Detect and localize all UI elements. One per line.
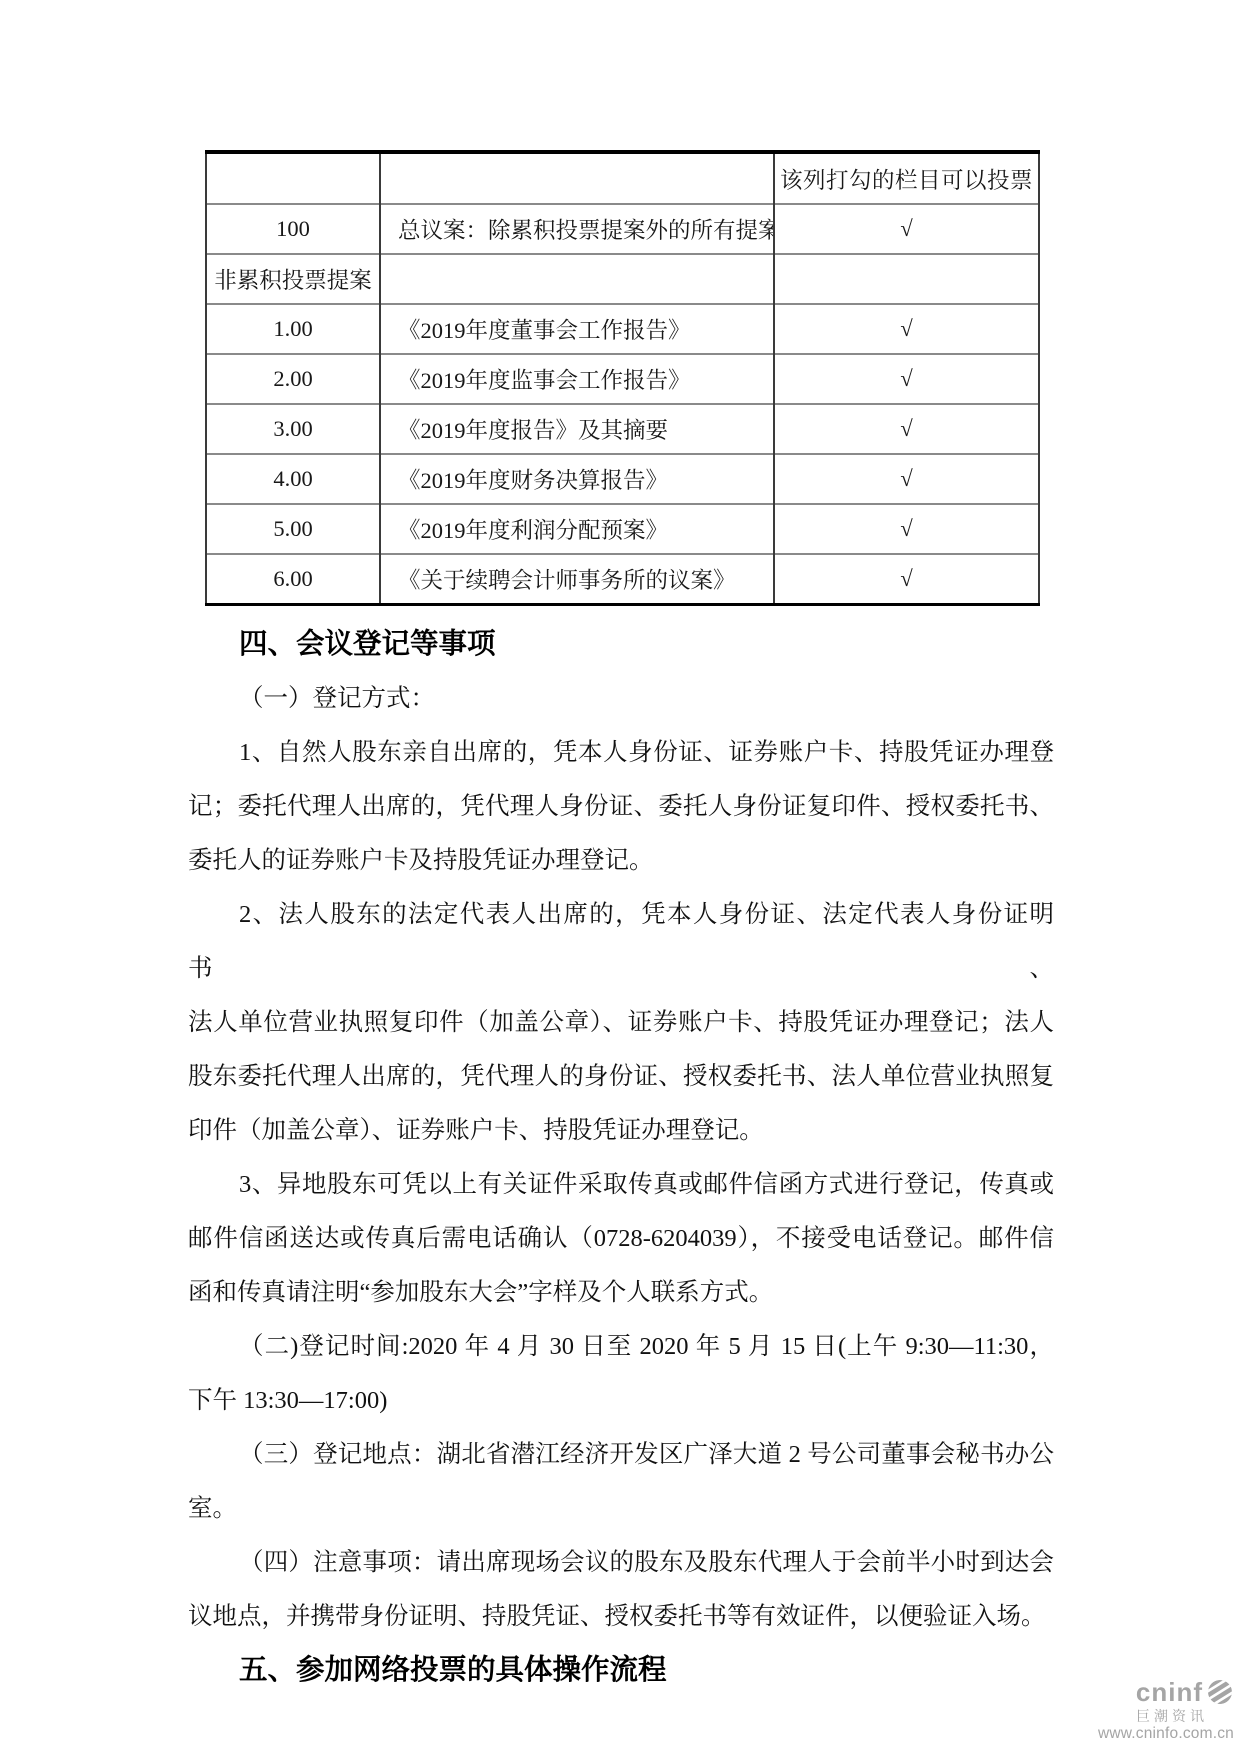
- body-line: 议地点，并携带身份证明、持股凭证、授权委托书等有效证件，以便验证入场。: [188, 1590, 1054, 1644]
- body-line: 3、异地股东可凭以上有关证件采取传真或邮件信函方式进行登记，传真或: [188, 1158, 1054, 1212]
- vote-check-cell: √: [774, 454, 1039, 504]
- body-line: 1、自然人股东亲自出席的，凭本人身份证、证券账户卡、持股凭证办理登: [188, 726, 1054, 780]
- proposal-title-cell: [380, 254, 774, 304]
- table-row: 4.00 《2019年度财务决算报告》 √: [206, 454, 1039, 504]
- proposal-code-cell: 4.00: [206, 454, 380, 504]
- vote-check-cell: √: [774, 354, 1039, 404]
- proposal-title-cell: 《2019年度监事会工作报告》: [380, 354, 774, 404]
- body-line: 股东委托代理人出席的，凭代理人的身份证、授权委托书、法人单位营业执照复: [188, 1050, 1054, 1104]
- vote-check-cell: [774, 254, 1039, 304]
- body-line: 委托人的证券账户卡及持股凭证办理登记。: [188, 834, 1054, 888]
- cninfo-wordmark-row: cninf: [1094, 1678, 1234, 1706]
- proposal-code-cell: 1.00: [206, 304, 380, 354]
- body-line: 法人单位营业执照复印件（加盖公章）、证券账户卡、持股凭证办理登记；法人: [188, 996, 1054, 1050]
- vote-check-cell: √: [774, 304, 1039, 354]
- table-row: 100 总议案：除累积投票提案外的所有提案 √: [206, 204, 1039, 254]
- cninfo-brand-cn: 巨潮资讯: [1094, 1709, 1208, 1723]
- body-line: 下午 13:30—17:00): [188, 1374, 1054, 1428]
- table-row: 非累积投票提案: [206, 254, 1039, 304]
- proposal-code-cell: 5.00: [206, 504, 380, 554]
- proposal-title-cell: 《2019年度董事会工作报告》: [380, 304, 774, 354]
- proposal-code-header-cell: [206, 152, 380, 204]
- proposal-title-cell: 《2019年度报告》及其摘要: [380, 404, 774, 454]
- table-row: 3.00 《2019年度报告》及其摘要 √: [206, 404, 1039, 454]
- proposal-code-cell: 6.00: [206, 554, 380, 605]
- cninfo-logo: cninf 巨潮资讯 www.cninfo.com.cn: [1094, 1678, 1234, 1742]
- table-row: 5.00 《2019年度利润分配预案》 √: [206, 504, 1039, 554]
- proposal-title-cell: 总议案：除累积投票提案外的所有提案: [380, 204, 774, 254]
- table-row: 1.00 《2019年度董事会工作报告》 √: [206, 304, 1039, 354]
- proposal-title-header-cell: [380, 152, 774, 204]
- body-line: 记；委托代理人出席的，凭代理人身份证、委托人身份证复印件、授权委托书、: [188, 780, 1054, 834]
- table-header-row: 该列打勾的栏目可以投票: [206, 152, 1039, 204]
- proposal-code-cell: 2.00: [206, 354, 380, 404]
- body-line: 室。: [188, 1482, 1054, 1536]
- vote-check-cell: √: [774, 504, 1039, 554]
- body-line: （二)登记时间:2020 年 4 月 30 日至 2020 年 5 月 15 日…: [188, 1320, 1054, 1374]
- proposal-title-cell: 《关于续聘会计师事务所的议案》: [380, 554, 774, 605]
- body-line: 邮件信函送达或传真后需电话确认（0728-6204039），不接受电话登记。邮件…: [188, 1212, 1054, 1266]
- proposal-title-cell: 《2019年度财务决算报告》: [380, 454, 774, 504]
- proposal-code-cell: 非累积投票提案: [206, 254, 380, 304]
- cninfo-url: www.cninfo.com.cn: [1094, 1726, 1234, 1742]
- table-row: 6.00 《关于续聘会计师事务所的议案》 √: [206, 554, 1039, 605]
- vote-column-note-cell: 该列打勾的栏目可以投票: [774, 152, 1039, 204]
- section-heading-online-voting: 五、参加网络投票的具体操作流程: [188, 1644, 1054, 1698]
- body-line: 函和传真请注明“参加股东大会”字样及个人联系方式。: [188, 1266, 1054, 1320]
- body-line: （三）登记地点：湖北省潜江经济开发区广泽大道 2 号公司董事会秘书办公: [188, 1428, 1054, 1482]
- document-body: 四、会议登记等事项 （一）登记方式： 1、自然人股东亲自出席的，凭本人身份证、证…: [188, 618, 1054, 1698]
- cninfo-wordmark: cninf: [1136, 1679, 1203, 1705]
- cninfo-swirl-icon: [1206, 1678, 1234, 1706]
- body-line: 2、法人股东的法定代表人出席的，凭本人身份证、法定代表人身份证明书、: [188, 888, 1054, 996]
- vote-check-cell: √: [774, 554, 1039, 605]
- proposal-code-cell: 3.00: [206, 404, 380, 454]
- body-line: （四）注意事项：请出席现场会议的股东及股东代理人于会前半小时到达会: [188, 1536, 1054, 1590]
- document-page: { "table": { "header_note": "该列打勾的栏目可以投票…: [0, 0, 1241, 1754]
- vote-check-cell: √: [774, 204, 1039, 254]
- body-line: 印件（加盖公章）、证券账户卡、持股凭证办理登记。: [188, 1104, 1054, 1158]
- proposal-code-cell: 100: [206, 204, 380, 254]
- vote-check-cell: √: [774, 404, 1039, 454]
- section-heading-registration: 四、会议登记等事项: [188, 618, 1054, 672]
- table-row: 2.00 《2019年度监事会工作报告》 √: [206, 354, 1039, 404]
- proposal-title-cell: 《2019年度利润分配预案》: [380, 504, 774, 554]
- voting-proposals-table: 该列打勾的栏目可以投票 100 总议案：除累积投票提案外的所有提案 √ 非累积投…: [205, 150, 1040, 606]
- body-line: （一）登记方式：: [188, 672, 1054, 726]
